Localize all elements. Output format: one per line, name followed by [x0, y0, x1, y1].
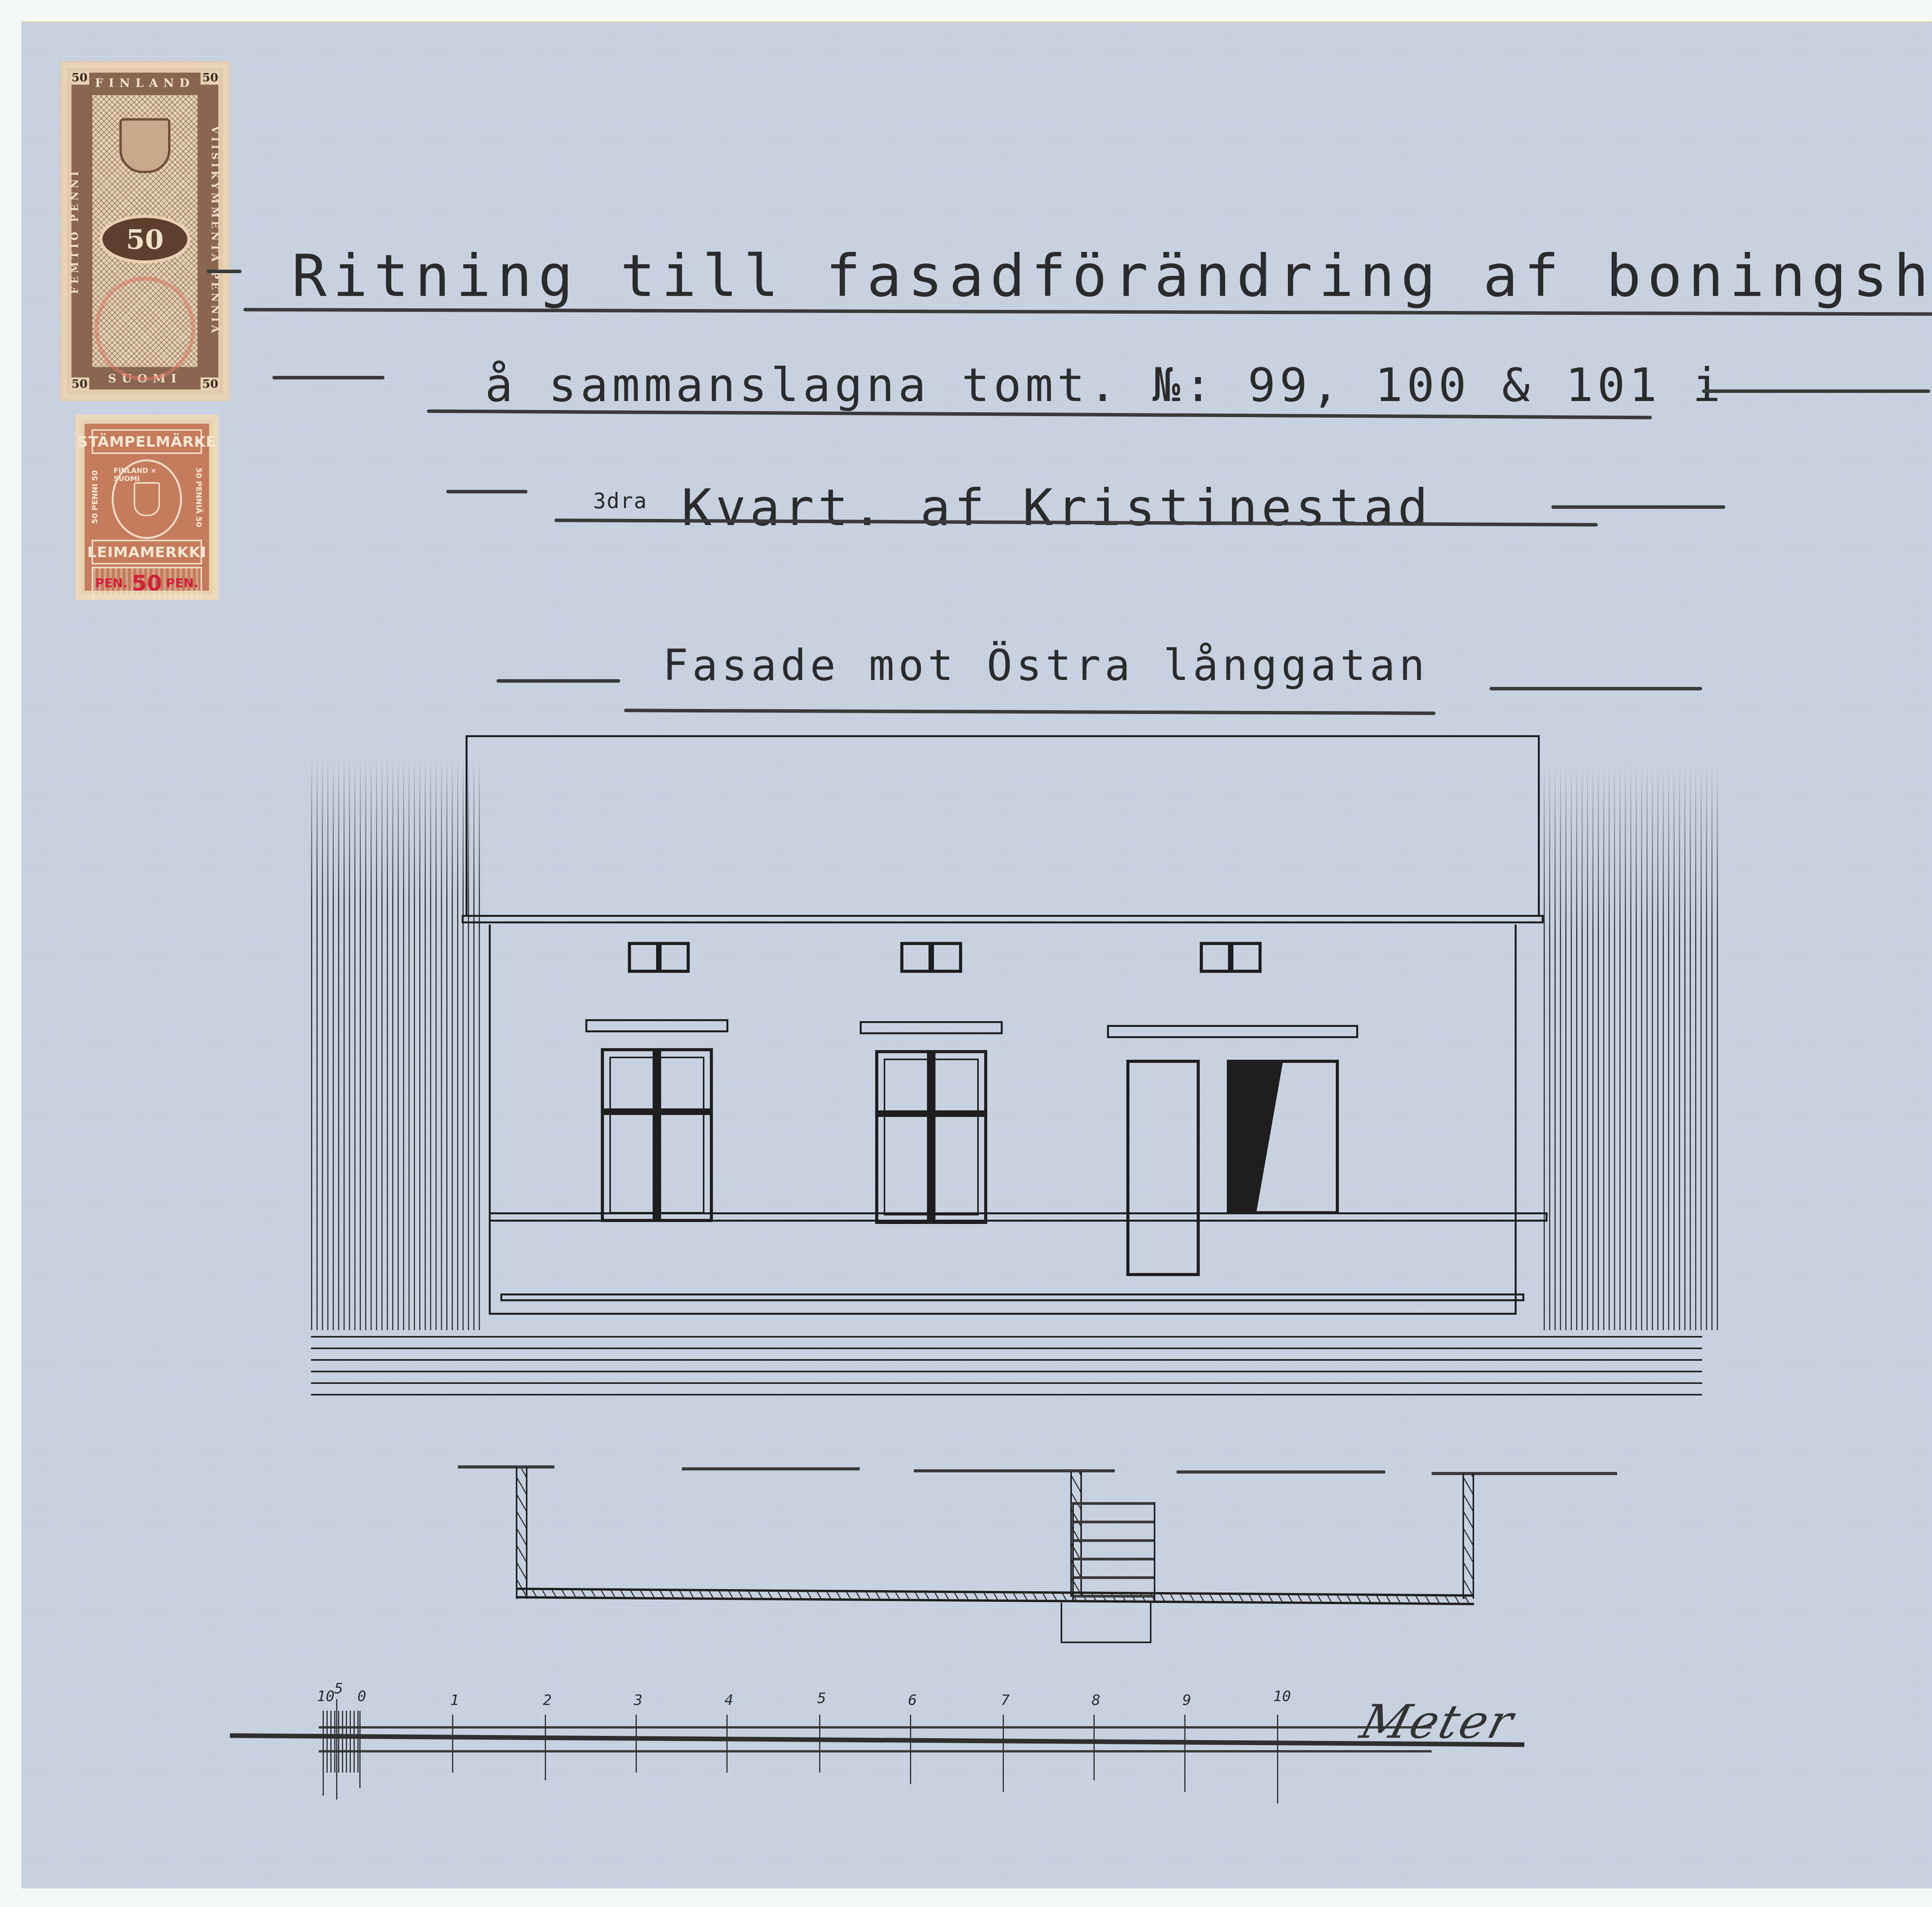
scale-label: 3 — [634, 1691, 643, 1708]
stamp-corner-value: 50 — [70, 71, 89, 85]
frieze-window — [628, 942, 690, 973]
title-dash — [446, 490, 527, 493]
plinth — [500, 1293, 1524, 1301]
street-ground — [311, 1336, 1702, 1398]
stamp-seal: FINLAND × SUOMI — [112, 459, 182, 539]
stamp-corner-value: 50 — [70, 377, 89, 391]
scale-tick — [545, 1715, 546, 1780]
scale-label: 7 — [1001, 1691, 1010, 1708]
plan-boundary — [1432, 1472, 1617, 1475]
scale-label: 9 — [1182, 1691, 1191, 1708]
plan-wall — [516, 1467, 527, 1599]
red-stamp: STÄMPELMÄRKE 50 PENNI 50 50 PENNIÄ 50 FI… — [75, 415, 218, 600]
scale-tick — [1003, 1715, 1004, 1792]
quarter-town: Kvart. af Kristinestad — [682, 478, 1432, 537]
scale-label: 1 — [450, 1691, 459, 1708]
door-hood — [1107, 1025, 1358, 1038]
scale-tick — [726, 1715, 728, 1773]
scale-label: 10 — [1273, 1688, 1291, 1705]
plan-boundary — [1177, 1470, 1385, 1474]
floor-plan — [458, 1448, 1656, 1680]
scale-label: 0 — [357, 1688, 366, 1705]
plan-boundary — [682, 1467, 860, 1470]
subtitle-dash — [497, 679, 620, 683]
scale-tick — [819, 1715, 820, 1773]
window-hood — [585, 1019, 728, 1032]
stamp-frame: STÄMPELMÄRKE 50 PENNI 50 50 PENNIÄ 50 FI… — [85, 424, 209, 591]
subtitle-dash — [1490, 687, 1702, 690]
title-dash — [207, 270, 241, 273]
stamp-corner-value: 50 — [201, 71, 220, 85]
quarter-number: 3dra — [593, 488, 647, 513]
cancellation-mark-icon — [95, 277, 195, 381]
frieze-window — [1200, 942, 1262, 973]
drawing-sheet: FINLAND SUOMI FEMTIO PENNI VIISIKYMMENTÄ… — [21, 21, 1932, 1888]
facade-elevation — [466, 735, 1540, 1353]
scale-label: 6 — [908, 1691, 917, 1708]
title-dash — [272, 376, 384, 379]
stamp-value-band: PEN. 50 PEN. — [92, 567, 202, 599]
scale-line — [319, 1750, 1432, 1752]
scale-label: 8 — [1092, 1691, 1100, 1708]
stamp-value-right: PEN. — [166, 576, 198, 590]
eave — [462, 915, 1544, 923]
scale-label: 10 — [317, 1688, 335, 1705]
coat-of-arms-icon — [134, 482, 160, 516]
scale-label: 4 — [724, 1691, 733, 1708]
stamp-corner-value: 50 — [201, 377, 220, 391]
stamp-top-text: STÄMPELMÄRKE — [92, 429, 202, 454]
window — [875, 1050, 987, 1224]
seal-text: FINLAND × SUOMI — [114, 467, 180, 483]
scale-unit-label: Meter — [1355, 1695, 1520, 1749]
stamp-value-left: PEN. — [95, 576, 128, 590]
title-line-2: å sammanslagna tomt. №: 99, 100 & 101 i — [485, 359, 1725, 412]
scale-label: 5 — [334, 1680, 343, 1697]
subtitle-underline — [624, 709, 1435, 715]
title-line-3: 3dra Kvart. af Kristinestad — [593, 478, 1432, 537]
plan-step — [1061, 1603, 1151, 1643]
plan-wall — [516, 1587, 1474, 1605]
frieze-window — [900, 942, 962, 973]
entrance-door — [1126, 1060, 1200, 1276]
stamp-middle-text: LEIMAMERKKI — [92, 540, 202, 564]
stamp-right-text: 50 PENNIÄ 50 — [188, 459, 204, 536]
scale-tick — [323, 1711, 324, 1796]
facade-subtitle: Fasade mot Östra långgatan — [663, 641, 1429, 690]
window-hood — [860, 1021, 1003, 1034]
plan-boundary — [914, 1469, 1115, 1472]
scale-label: 5 — [817, 1689, 826, 1706]
scale-tick — [359, 1711, 361, 1788]
sill-cornice — [489, 1212, 1548, 1222]
shop-window — [1227, 1060, 1339, 1214]
plan-wall — [1463, 1473, 1474, 1599]
stamp-right-text: VIISIKYMMENTÄ PENNIÄ — [201, 114, 221, 348]
scale-main-line — [230, 1733, 1524, 1747]
stamp-value: 50 — [126, 223, 163, 255]
title-line-1: Ritning till fasadförändring af boningsh… — [292, 243, 1932, 310]
scale-tick — [636, 1715, 637, 1773]
stamp-value-oval: 50 — [99, 215, 190, 263]
title-dash — [1702, 389, 1930, 393]
title-dash — [1551, 505, 1725, 509]
stamp-guilloche: 50 — [92, 95, 197, 367]
brown-revenue-stamp: FINLAND SUOMI FEMTIO PENNI VIISIKYMMENTÄ… — [60, 61, 230, 401]
scale-tick — [1094, 1715, 1095, 1780]
stamp-left-text: 50 PENNI 50 — [90, 459, 105, 536]
scale-subdivisions — [323, 1711, 361, 1773]
window — [601, 1048, 713, 1222]
plan-boundary — [458, 1465, 554, 1468]
stamp-top-text: FINLAND — [95, 76, 195, 90]
scale-tick — [910, 1715, 911, 1784]
scale-bar: 10 5 0 1 2 3 4 5 6 7 8 9 10 — [230, 1684, 1544, 1800]
scale-tick — [1184, 1715, 1185, 1792]
scale-line — [319, 1726, 1432, 1729]
scale-tick — [336, 1699, 337, 1800]
stamp-left-text: FEMTIO PENNI — [69, 114, 88, 348]
stamp-value: 50 — [132, 571, 162, 596]
right-hatching — [1544, 766, 1721, 1330]
scale-tick — [452, 1715, 453, 1773]
scale-tick — [1277, 1715, 1278, 1803]
plan-stairs — [1072, 1502, 1155, 1601]
left-hatching — [311, 758, 481, 1330]
scale-label: 2 — [543, 1691, 552, 1708]
coat-of-arms-icon — [119, 118, 170, 173]
roof — [466, 735, 1540, 917]
